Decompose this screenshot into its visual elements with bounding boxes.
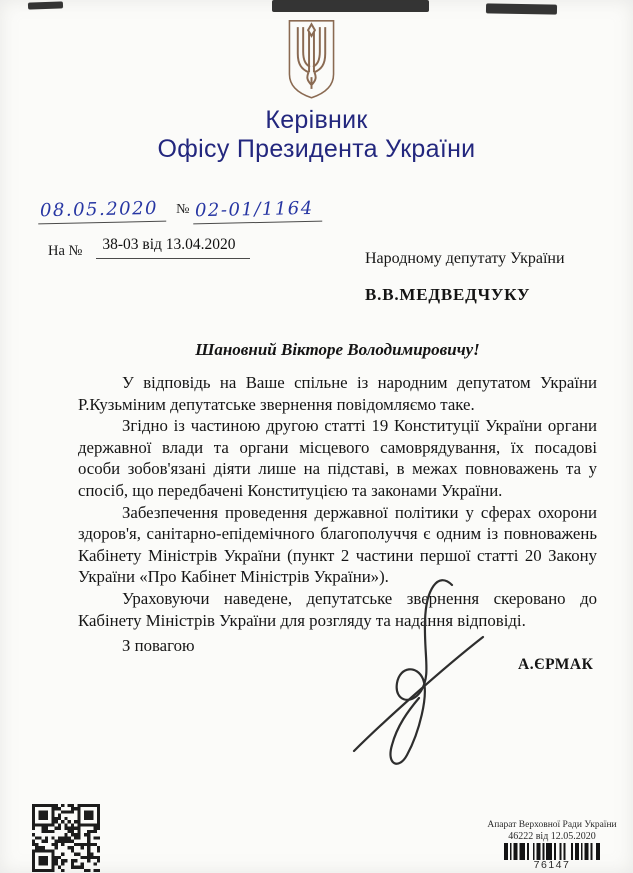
addressee-role: Народному депутату України xyxy=(365,250,565,268)
letterhead-title-line2: Офісу Президента України xyxy=(0,135,633,164)
signer-name: А.ЄРМАК xyxy=(518,656,593,674)
barcode xyxy=(504,843,600,860)
scan-smudge-right xyxy=(486,3,557,14)
scanned-letter-page: Керівник Офісу Президента України 08.05.… xyxy=(0,0,633,873)
stamp-registration: 46222 від 12.05.2020 xyxy=(477,831,627,842)
signature-ink xyxy=(340,573,495,778)
incoming-reference-line: На №38-03 від 13.04.2020 xyxy=(48,236,250,260)
stamp-organization: Апарат Верховної Ради України xyxy=(477,820,627,831)
outgoing-reference-line: 08.05.2020№02-01/1164 xyxy=(38,199,322,227)
number-sign: № xyxy=(176,202,189,217)
handwritten-number: 02-01/1164 xyxy=(193,198,322,225)
qr-code xyxy=(32,804,100,872)
body-paragraph: Згідно із частиною другою статті 19 Конс… xyxy=(78,415,597,501)
handwritten-date: 08.05.2020 xyxy=(38,198,167,225)
addressee-name: В.В.МЕДВЕДЧУКУ xyxy=(365,285,565,305)
barcode-number: 76147 xyxy=(477,860,627,871)
ukraine-trident-icon xyxy=(287,18,336,101)
scan-smudge-center xyxy=(272,0,429,12)
body-paragraph: У відповідь на Ваше спільне із народним … xyxy=(78,372,597,415)
salutation: Шановний Вікторе Володимировичу! xyxy=(78,340,597,360)
reply-reference-value: 38-03 від 13.04.2020 xyxy=(96,236,249,259)
registration-stamp: Апарат Верховної Ради України 46222 від … xyxy=(477,820,627,871)
reply-reference-label: На № xyxy=(48,243,82,259)
letterhead-title: Керівник Офісу Президента України xyxy=(0,106,633,164)
body-paragraph: Ураховуючи наведене, депутатське звернен… xyxy=(78,588,597,631)
letter-body: У відповідь на Ваше спільне із народним … xyxy=(78,372,597,631)
closing-regards: З повагою xyxy=(122,636,195,656)
body-paragraph: Забезпечення проведення державної політи… xyxy=(78,502,597,588)
addressee-block: Народному депутату України В.В.МЕДВЕДЧУК… xyxy=(365,250,565,305)
scan-smudge-left xyxy=(28,1,63,9)
letterhead-title-line1: Керівник xyxy=(0,106,633,135)
